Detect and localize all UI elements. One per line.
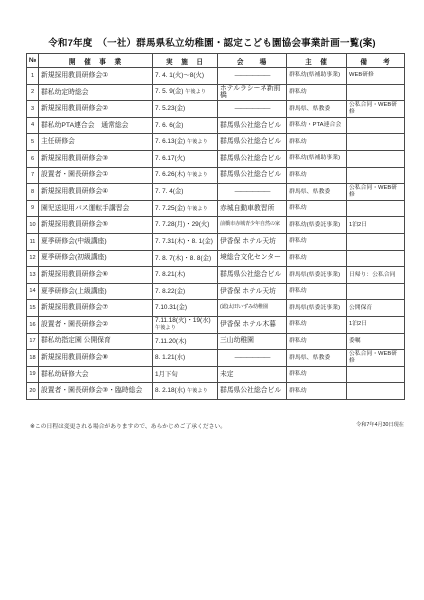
event-name: 群私幼研修大会 xyxy=(39,366,153,383)
table-row: 6新規採用教員研修会③7. 6.17(火)群馬県公社総合ビル群私幼(県補助事業) xyxy=(27,151,405,168)
event-date: 7. 8.22(金) xyxy=(153,283,218,300)
event-date: 7. 6. 6(金) xyxy=(153,117,218,134)
organizer: 群私幼 xyxy=(287,333,347,350)
venue: ―――――― xyxy=(218,184,287,201)
row-number: 6 xyxy=(27,151,39,168)
row-number: 18 xyxy=(27,350,39,367)
date-text: 7. 7.25(金) xyxy=(155,205,185,212)
event-name: 夏季研修会(中級講座) xyxy=(39,233,153,250)
event-date: 7. 8. 7(木)・8. 8(金) xyxy=(153,250,218,267)
table-row: 2群私幼定時総会7. 5. 9(金) 午後よりホテルラシーネ新前橋群私幼 xyxy=(27,84,405,101)
table-row: 12夏季研修会(初級講座)7. 8. 7(木)・8. 8(金)境総合文化センター… xyxy=(27,250,405,267)
table-row: 19群私幼研修大会1月下旬未定群私幼 xyxy=(27,366,405,383)
event-date: 7. 7. 4(金) xyxy=(153,184,218,201)
row-number: 17 xyxy=(27,333,39,350)
event-date: 7. 6.13(金) 午後より xyxy=(153,134,218,151)
event-name: 設置者・園長研修会① xyxy=(39,167,153,184)
venue: 伊香保 ホテル天坊 xyxy=(218,233,287,250)
organizer: 群私幼 xyxy=(287,383,347,400)
organizer: 群私幼 xyxy=(287,84,347,101)
note: 公私合同・WEB研修 xyxy=(347,350,405,367)
venue: 群馬県公社総合ビル xyxy=(218,134,287,151)
table-row: 9園児送迎用バス運転手講習会7. 7.25(金) 午後より赤城自動車教習所群私幼 xyxy=(27,200,405,217)
date-text: 7. 8.21(木) xyxy=(155,271,185,278)
schedule-table-body: 1新規採用教員研修会①7. 4. 1(火)～8(火)――――――群私幼(県補助事… xyxy=(27,68,405,400)
venue: ―――――― xyxy=(218,101,287,118)
time-text: 午後より xyxy=(155,325,176,331)
table-row: 1新規採用教員研修会①7. 4. 1(火)～8(火)――――――群私幼(県補助事… xyxy=(27,68,405,85)
date-text: 7.10.31(金) xyxy=(155,304,187,311)
table-row: 20設置者・園長研修会③・臨時総会8. 2.18(水) 午後より群馬県公社総合ビ… xyxy=(27,383,405,400)
row-number: 4 xyxy=(27,117,39,134)
event-name: 夏季研修会(初級講座) xyxy=(39,250,153,267)
event-date: 7. 6.17(火) xyxy=(153,151,218,168)
venue: 未定 xyxy=(218,366,287,383)
table-header-row: № 開 催 事 業 実 施 日 会 場 主 催 備 考 xyxy=(27,54,405,68)
event-name: 新規採用教員研修会⑧ xyxy=(39,350,153,367)
organizer: 群馬県、県教委 xyxy=(287,101,347,118)
note xyxy=(347,167,405,184)
note: 公私合同・WEB研修 xyxy=(347,184,405,201)
venue: 三山幼稚園 xyxy=(218,333,287,350)
row-number: 11 xyxy=(27,233,39,250)
date-text: 7. 6.17(火) xyxy=(155,155,185,162)
schedule-change-footnote: ※この日程は変更される場合がありますので、あらかじめご了承ください。 xyxy=(30,421,226,430)
table-row: 3新規採用教員研修会②7. 5.23(金)――――――群馬県、県教委公私合同・W… xyxy=(27,101,405,118)
event-name: 新規採用教員研修会① xyxy=(39,68,153,85)
col-header-no: № xyxy=(27,54,39,68)
event-name: 新規採用教員研修会② xyxy=(39,101,153,118)
time-text: 午後より xyxy=(187,206,208,212)
event-date: 7.11.18(火)・19(水) 午後より xyxy=(153,316,218,333)
event-date: 7. 8.21(木) xyxy=(153,267,218,284)
event-date: 7. 7.28(月)・29(火) xyxy=(153,217,218,234)
event-name: 群私幼指定園 公開保育 xyxy=(39,333,153,350)
organizer: 群私幼 xyxy=(287,250,347,267)
date-text: 7. 7. 4(金) xyxy=(155,188,183,195)
event-date: 8. 1.21(水) xyxy=(153,350,218,367)
event-date: 8. 2.18(水) 午後より xyxy=(153,383,218,400)
event-date: 7. 7.31(木)・8. 1(金) xyxy=(153,233,218,250)
row-number: 20 xyxy=(27,383,39,400)
organizer: 群私幼・PTA連合会 xyxy=(287,117,347,134)
event-name: 園児送迎用バス運転手講習会 xyxy=(39,200,153,217)
event-date: 1月下旬 xyxy=(153,366,218,383)
event-date: 7. 5. 9(金) 午後より xyxy=(153,84,218,101)
document-page: 令和7年度 （一社）群馬県私立幼稚園・認定こども園協会事業計画一覧(案) № 開… xyxy=(0,0,424,600)
event-name: 新規採用教員研修会③ xyxy=(39,151,153,168)
table-row: 10新規採用教員研修会⑤7. 7.28(月)・29(火)前橋市赤城青少年自然の家… xyxy=(27,217,405,234)
event-name: 新規採用教員研修会⑥ xyxy=(39,267,153,284)
event-name: 新規採用教員研修会④ xyxy=(39,184,153,201)
note: 1泊2日 xyxy=(347,316,405,333)
event-date: 7.10.31(金) xyxy=(153,300,218,317)
date-text: 1月下旬 xyxy=(155,371,178,378)
row-number: 12 xyxy=(27,250,39,267)
row-number: 15 xyxy=(27,300,39,317)
event-date: 7.11.20(木) xyxy=(153,333,218,350)
row-number: 9 xyxy=(27,200,39,217)
note: 委嘱 xyxy=(347,333,405,350)
event-name: 設置者・園長研修会③・臨時総会 xyxy=(39,383,153,400)
note xyxy=(347,366,405,383)
table-row: 18新規採用教員研修会⑧8. 1.21(水)――――――群馬県、県教委公私合同・… xyxy=(27,350,405,367)
venue: 群馬県公社総合ビル xyxy=(218,383,287,400)
row-number: 13 xyxy=(27,267,39,284)
event-date: 7. 5.23(金) xyxy=(153,101,218,118)
as-of-date: 令和7年4月30日現在 xyxy=(356,421,404,428)
note xyxy=(347,250,405,267)
row-number: 7 xyxy=(27,167,39,184)
table-row: 16設置者・園長研修会②7.11.18(火)・19(水) 午後より伊香保 ホテル… xyxy=(27,316,405,333)
note: 公開保育 xyxy=(347,300,405,317)
col-header-venue: 会 場 xyxy=(218,54,287,68)
note xyxy=(347,151,405,168)
date-text: 7. 7.31(木)・8. 1(金) xyxy=(155,238,213,245)
organizer: 群馬県、県教委 xyxy=(287,184,347,201)
organizer: 群私幼 xyxy=(287,200,347,217)
venue: (認)太田いずみ幼稚園 xyxy=(218,300,287,317)
event-name: 群私幼PTA連合会 通常総会 xyxy=(39,117,153,134)
table-row: 4群私幼PTA連合会 通常総会7. 6. 6(金)群馬県公社総合ビル群私幼・PT… xyxy=(27,117,405,134)
page-footer: ※この日程は変更される場合がありますので、あらかじめご了承ください。 令和7年4… xyxy=(30,421,404,430)
note xyxy=(347,283,405,300)
event-name: 主任研修会 xyxy=(39,134,153,151)
schedule-table: № 開 催 事 業 実 施 日 会 場 主 催 備 考 1新規採用教員研修会①7… xyxy=(26,53,405,400)
table-row: 8新規採用教員研修会④7. 7. 4(金)――――――群馬県、県教委公私合同・W… xyxy=(27,184,405,201)
organizer: 群私幼 xyxy=(287,134,347,151)
table-row: 11夏季研修会(中級講座)7. 7.31(木)・8. 1(金)伊香保 ホテル天坊… xyxy=(27,233,405,250)
row-number: 10 xyxy=(27,217,39,234)
date-text: 7. 7.28(月)・29(火) xyxy=(155,221,209,228)
venue: 前橋市赤城青少年自然の家 xyxy=(218,217,287,234)
note xyxy=(347,233,405,250)
time-text: 午後より xyxy=(187,139,208,145)
table-row: 14夏季研修会(上級講座)7. 8.22(金)伊香保 ホテル天坊群私幼 xyxy=(27,283,405,300)
event-name: 群私幼定時総会 xyxy=(39,84,153,101)
table-row: 17群私幼指定園 公開保育7.11.20(木)三山幼稚園群私幼委嘱 xyxy=(27,333,405,350)
venue: 境総合文化センター xyxy=(218,250,287,267)
col-header-date: 実 施 日 xyxy=(153,54,218,68)
venue: 伊香保 ホテル天坊 xyxy=(218,283,287,300)
event-name: 設置者・園長研修会② xyxy=(39,316,153,333)
event-name: 新規採用教員研修会⑦ xyxy=(39,300,153,317)
venue: 群馬県公社総合ビル xyxy=(218,267,287,284)
organizer: 群私幼 xyxy=(287,366,347,383)
date-text: 7. 8.22(金) xyxy=(155,288,185,295)
venue: ホテルラシーネ新前橋 xyxy=(218,84,287,101)
event-date: 7. 6.26(木) 午後より xyxy=(153,167,218,184)
event-date: 7. 4. 1(火)～8(火) xyxy=(153,68,218,85)
row-number: 19 xyxy=(27,366,39,383)
date-text: 7. 6.13(金) xyxy=(155,138,185,145)
note: WEB研修 xyxy=(347,68,405,85)
note xyxy=(347,200,405,217)
date-text: 8. 2.18(水) xyxy=(155,387,185,394)
date-text: 7. 6. 6(金) xyxy=(155,122,183,129)
organizer: 群私幼 xyxy=(287,316,347,333)
venue: ―――――― xyxy=(218,350,287,367)
table-row: 7設置者・園長研修会①7. 6.26(木) 午後より群馬県公社総合ビル群私幼 xyxy=(27,167,405,184)
organizer: 群私幼(県委託事業) xyxy=(287,217,347,234)
note: 公私合同・WEB研修 xyxy=(347,101,405,118)
col-header-event: 開 催 事 業 xyxy=(39,54,153,68)
time-text: 午後より xyxy=(187,388,208,394)
organizer: 群私幼(県補助事業) xyxy=(287,68,347,85)
row-number: 8 xyxy=(27,184,39,201)
time-text: 午後より xyxy=(187,172,208,178)
table-row: 5主任研修会7. 6.13(金) 午後より群馬県公社総合ビル群私幼 xyxy=(27,134,405,151)
row-number: 5 xyxy=(27,134,39,151)
event-name: 夏季研修会(上級講座) xyxy=(39,283,153,300)
row-number: 3 xyxy=(27,101,39,118)
date-text: 7. 5.23(金) xyxy=(155,105,185,112)
venue: 伊香保 ホテル木暮 xyxy=(218,316,287,333)
venue: ―――――― xyxy=(218,68,287,85)
note xyxy=(347,84,405,101)
col-header-organizer: 主 催 xyxy=(287,54,347,68)
organizer: 群私幼 xyxy=(287,167,347,184)
date-text: 7. 5. 9(金) xyxy=(155,88,183,95)
date-text: 7.11.18(火)・19(水) xyxy=(155,317,211,324)
event-name: 新規採用教員研修会⑤ xyxy=(39,217,153,234)
table-row: 13新規採用教員研修会⑥7. 8.21(木)群馬県公社総合ビル群馬県(県委託事業… xyxy=(27,267,405,284)
organizer: 群私幼(県補助事業) xyxy=(287,151,347,168)
event-date: 7. 7.25(金) 午後より xyxy=(153,200,218,217)
note: 日帰り：公私合同 xyxy=(347,267,405,284)
venue: 群馬県公社総合ビル xyxy=(218,151,287,168)
organizer: 群馬県(県委託事業) xyxy=(287,267,347,284)
note xyxy=(347,117,405,134)
venue: 群馬県公社総合ビル xyxy=(218,167,287,184)
note xyxy=(347,383,405,400)
row-number: 2 xyxy=(27,84,39,101)
col-header-note: 備 考 xyxy=(347,54,405,68)
date-text: 7. 6.26(木) xyxy=(155,171,185,178)
table-row: 15新規採用教員研修会⑦7.10.31(金)(認)太田いずみ幼稚園群馬県(県委託… xyxy=(27,300,405,317)
date-text: 7. 8. 7(木)・8. 8(金) xyxy=(155,255,211,262)
venue: 赤城自動車教習所 xyxy=(218,200,287,217)
date-text: 7. 4. 1(火)～8(火) xyxy=(155,72,204,79)
organizer: 群馬県、県教委 xyxy=(287,350,347,367)
page-title: 令和7年度 （一社）群馬県私立幼稚園・認定こども園協会事業計画一覧(案) xyxy=(0,35,424,49)
time-text: 午後より xyxy=(185,89,206,95)
venue: 群馬県公社総合ビル xyxy=(218,117,287,134)
date-text: 8. 1.21(水) xyxy=(155,354,185,361)
organizer: 群私幼 xyxy=(287,283,347,300)
row-number: 14 xyxy=(27,283,39,300)
row-number: 16 xyxy=(27,316,39,333)
note xyxy=(347,134,405,151)
organizer: 群馬県(県委託事業) xyxy=(287,300,347,317)
row-number: 1 xyxy=(27,68,39,85)
note: 1泊2日 xyxy=(347,217,405,234)
organizer: 群私幼 xyxy=(287,233,347,250)
date-text: 7.11.20(木) xyxy=(155,338,187,345)
